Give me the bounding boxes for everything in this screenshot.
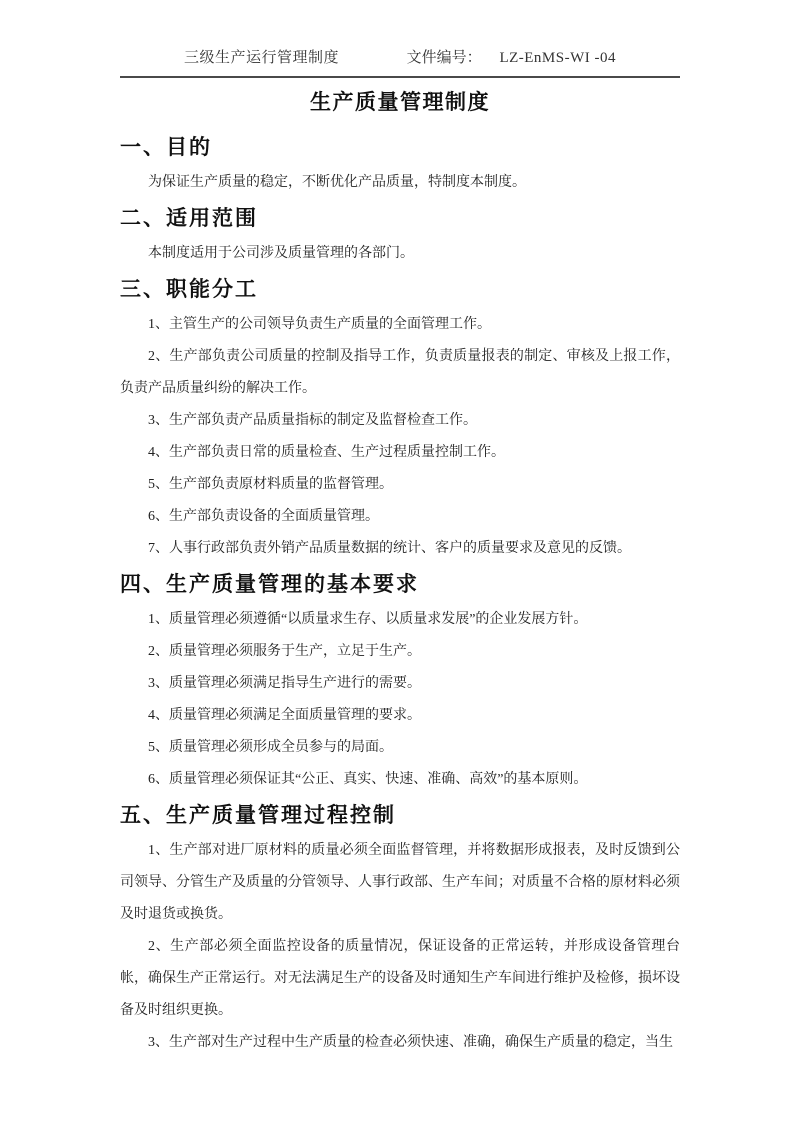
paragraph: 3、生产部负责产品质量指标的制定及监督检查工作。	[120, 405, 680, 437]
file-number-group: 文件编号： LZ-EnMS-WI -04	[407, 48, 616, 68]
document-page: 三级生产运行管理制度 文件编号： LZ-EnMS-WI -04 生产质量管理制度…	[0, 0, 800, 1130]
paragraph: 6、生产部负责设备的全面质量管理。	[120, 501, 680, 533]
file-number-label: 文件编号：	[407, 50, 482, 66]
paragraph: 为保证生产质量的稳定，不断优化产品质量，特制度本制度。	[120, 167, 680, 199]
paragraph: 2、生产部必须全面监控设备的质量情况，保证设备的正常运转，并形成设备管理台帐，确…	[120, 931, 680, 1027]
document-title: 生产质量管理制度	[120, 88, 680, 116]
paragraph: 6、质量管理必须保证其“公正、真实、快速、准确、高效”的基本原则。	[120, 764, 680, 796]
paragraph: 3、质量管理必须满足指导生产进行的需要。	[120, 668, 680, 700]
paragraph: 本制度适用于公司涉及质量管理的各部门。	[120, 238, 680, 270]
paragraph: 2、质量管理必须服务于生产，立足于生产。	[120, 636, 680, 668]
paragraph: 4、生产部负责日常的质量检查、生产过程质量控制工作。	[120, 437, 680, 469]
section-heading: 二、适用范围	[120, 205, 680, 233]
paragraph: 2、生产部负责公司质量的控制及指导工作，负责质量报表的制定、审核及上报工作，负责…	[120, 341, 680, 405]
paragraph: 1、质量管理必须遵循“以质量求生存、以质量求发展”的企业发展方针。	[120, 604, 680, 636]
paragraph: 3、生产部对生产过程中生产质量的检查必须快速、准确，确保生产质量的稳定，当生	[120, 1027, 680, 1059]
paragraph: 4、质量管理必须满足全面质量管理的要求。	[120, 700, 680, 732]
section-heading: 五、生产质量管理过程控制	[120, 802, 680, 830]
section-heading: 四、生产质量管理的基本要求	[120, 571, 680, 599]
sections-container: 一、目的为保证生产质量的稳定，不断优化产品质量，特制度本制度。二、适用范围本制度…	[120, 134, 680, 1059]
section-heading: 三、职能分工	[120, 276, 680, 304]
paragraph: 5、生产部负责原材料质量的监督管理。	[120, 469, 680, 501]
paragraph: 1、生产部对进厂原材料的质量必须全面监督管理，并将数据形成报表，及时反馈到公司领…	[120, 835, 680, 931]
file-number-value: LZ-EnMS-WI -04	[499, 50, 616, 66]
section-heading: 一、目的	[120, 134, 680, 162]
document-header: 三级生产运行管理制度 文件编号： LZ-EnMS-WI -04	[120, 48, 680, 78]
paragraph: 1、主管生产的公司领导负责生产质量的全面管理工作。	[120, 309, 680, 341]
paragraph: 5、质量管理必须形成全员参与的局面。	[120, 732, 680, 764]
doc-type-label: 三级生产运行管理制度	[184, 48, 339, 68]
document-content: 三级生产运行管理制度 文件编号： LZ-EnMS-WI -04 生产质量管理制度…	[120, 48, 680, 1059]
paragraph: 7、人事行政部负责外销产品质量数据的统计、客户的质量要求及意见的反馈。	[120, 533, 680, 565]
